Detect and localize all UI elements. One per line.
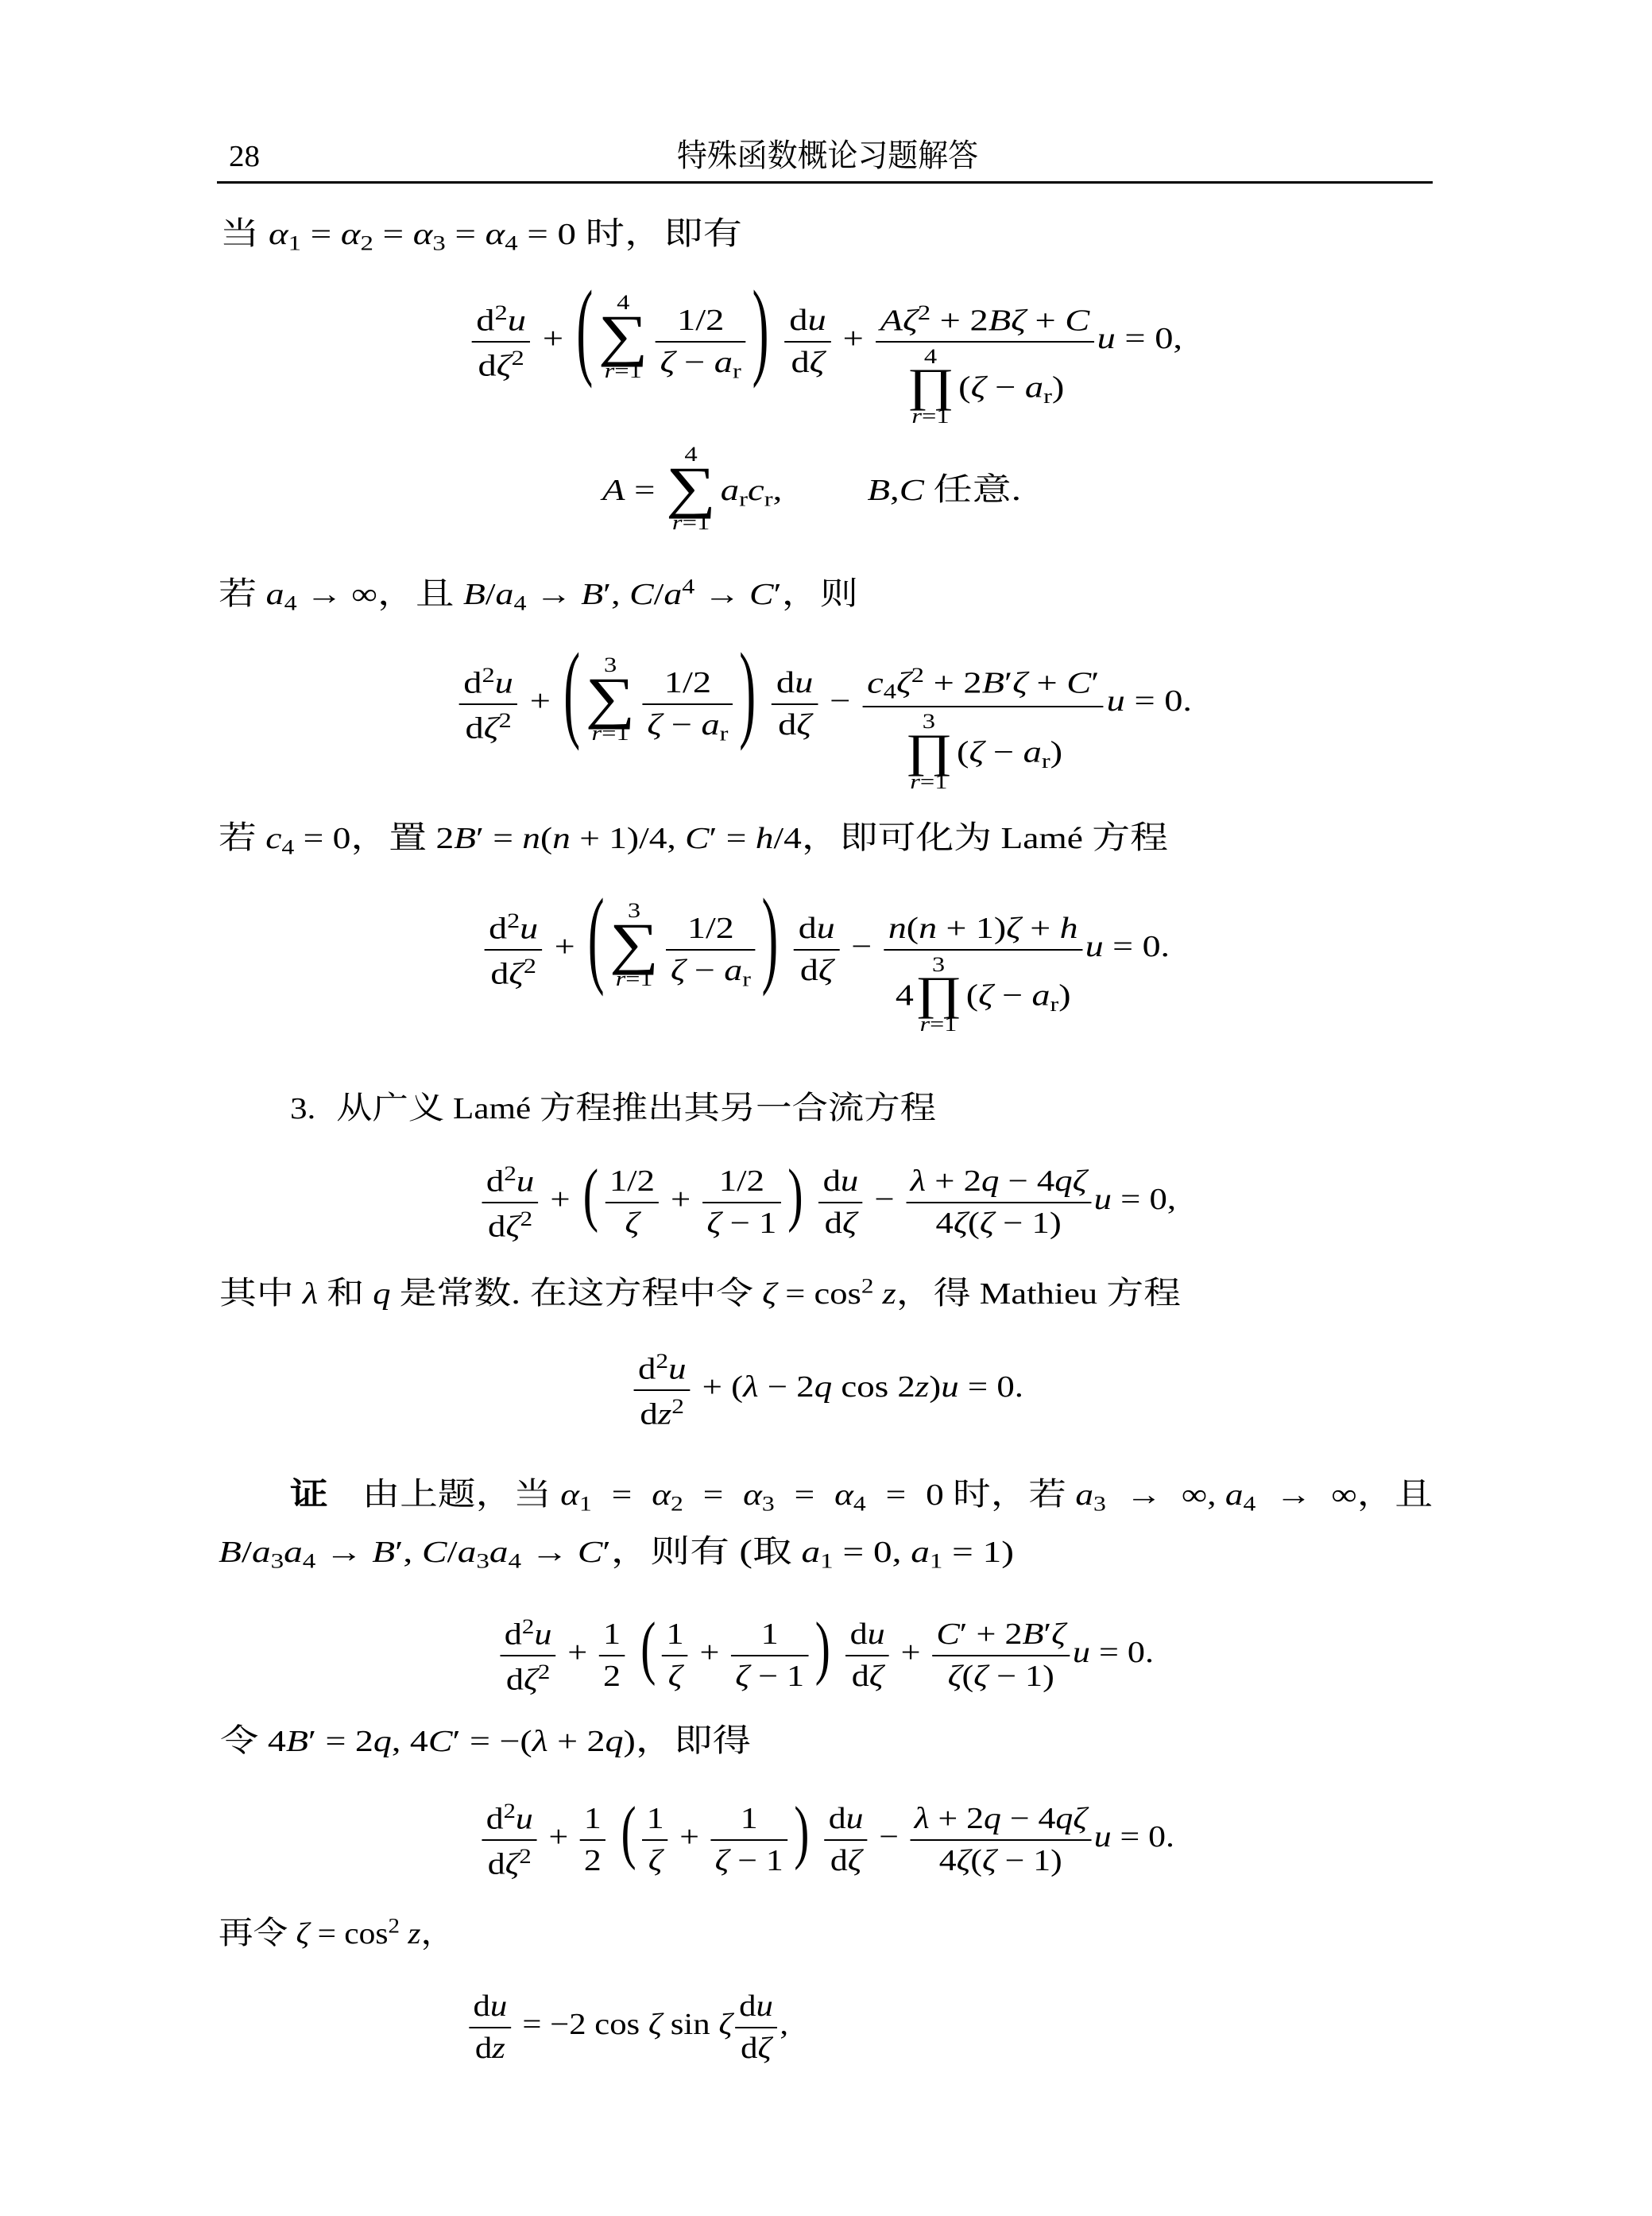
- math-text: −2: [550, 2008, 586, 2041]
- denominator: dζ2: [459, 705, 518, 746]
- denominator: dζ: [794, 951, 839, 988]
- math-text: /: [447, 1536, 458, 1569]
- math-variable: r: [616, 967, 626, 990]
- product-symbol: ∏: [915, 974, 962, 1012]
- numerator: C′ + 2B′ζ: [932, 1617, 1070, 1656]
- math-variable: α: [341, 218, 361, 251]
- math-variable: u: [817, 912, 835, 945]
- math-text: d: [825, 1207, 842, 1240]
- math-text: 2: [435, 822, 454, 855]
- relation-symbol: =: [318, 1917, 336, 1951]
- math-variable: ζ: [957, 1844, 971, 1877]
- math-text: d: [486, 1164, 504, 1198]
- fraction: 1ζ: [642, 1802, 667, 1878]
- subscript: 3: [271, 1548, 284, 1572]
- superscript: 2: [911, 663, 924, 687]
- text-line: 再令 ζ = cos2 z，: [219, 1894, 455, 1974]
- math-variable: z: [492, 2032, 505, 2065]
- numerator: n(n + 1)ζ + h: [884, 912, 1082, 951]
- math-function: cos: [594, 2008, 640, 2041]
- math-variable: a: [701, 708, 719, 742]
- math-variable: u: [756, 1989, 772, 2023]
- denominator: 43∏r=1(ζ − ar): [884, 951, 1082, 1036]
- math-text: d: [638, 1352, 656, 1385]
- math-variable: q: [814, 1370, 832, 1404]
- subscript: 4: [884, 680, 896, 703]
- fraction: dudζ: [735, 1989, 777, 2066]
- denominator: dζ2: [485, 951, 543, 992]
- math-variable: A: [602, 474, 625, 507]
- math-text: 1): [1032, 1207, 1062, 1240]
- denominator: ζ − ar: [643, 705, 733, 746]
- binary-operator: −: [1010, 1802, 1030, 1835]
- fraction: 1ζ − 1: [710, 1802, 787, 1878]
- binary-operator: +: [671, 1183, 691, 1216]
- numerator: 1: [642, 1802, 667, 1841]
- math-variable: a: [284, 1536, 303, 1569]
- math-text: d: [823, 1164, 841, 1198]
- math-variable: ζ: [973, 1660, 988, 1693]
- binary-operator: −: [768, 1370, 787, 1404]
- math-variable: r: [672, 510, 683, 534]
- denominator: dζ: [735, 2028, 777, 2066]
- sum-symbol: ∑: [666, 465, 716, 511]
- math-variable: α: [269, 218, 288, 251]
- superscript: 2: [504, 1799, 516, 1823]
- chinese-text: 和: [327, 1275, 364, 1311]
- chinese-text: 再令: [219, 1915, 288, 1951]
- math-variable: ζ: [1073, 1802, 1087, 1835]
- math-text: 0.: [1128, 1636, 1154, 1669]
- subscript: 4: [1244, 1491, 1256, 1515]
- math-variable: ζ: [1006, 912, 1021, 945]
- binary-operator: +: [550, 1183, 570, 1216]
- math-function: cos: [344, 1917, 388, 1951]
- math-text: 4: [939, 1844, 957, 1877]
- fraction: dudζ: [772, 666, 818, 742]
- denominator: ζ − 1: [731, 1656, 809, 1694]
- numerator: du: [785, 304, 831, 343]
- math-variable: q: [373, 1277, 390, 1311]
- superscript: 2: [494, 300, 507, 324]
- fraction: dudz: [469, 1989, 511, 2066]
- math-variable: ζ: [671, 954, 686, 987]
- math-text: =1: [625, 967, 652, 990]
- subscript: r: [720, 721, 729, 745]
- math-variable: C: [1065, 304, 1089, 337]
- superscript: 2: [522, 1614, 534, 1638]
- summation-operator: 3∑r=1: [586, 654, 636, 746]
- math-text: 1/2: [664, 666, 711, 699]
- chinese-text: 若: [219, 819, 257, 855]
- math-text: =1: [683, 510, 710, 534]
- denominator: dζ: [818, 1203, 862, 1241]
- running-title-text: 特殊函数概论习题解答: [677, 138, 978, 173]
- math-text: 1: [584, 1802, 602, 1835]
- superscript: 2: [671, 1394, 684, 1418]
- math-text: ′: [453, 1725, 461, 1758]
- math-variable: a: [458, 1536, 477, 1569]
- binary-operator: −: [694, 954, 715, 987]
- math-text: =1: [602, 721, 629, 745]
- math-text: ,: [403, 1536, 412, 1569]
- math-variable: ζ: [978, 978, 993, 1012]
- binary-operator: +: [530, 684, 551, 718]
- math-text: d: [800, 954, 818, 987]
- binary-operator: +: [1035, 304, 1056, 337]
- math-variable: ζ: [969, 736, 984, 769]
- math-variable: B: [454, 822, 476, 855]
- subscript: r: [742, 967, 751, 990]
- math-text: 2: [796, 1370, 814, 1404]
- binary-operator: +: [934, 666, 954, 699]
- math-variable: q: [981, 1164, 999, 1198]
- numerator: d2u: [634, 1349, 691, 1391]
- sum-symbol: ∑: [609, 921, 659, 967]
- math-text: 0: [926, 1478, 944, 1512]
- math-text: ,: [780, 2008, 788, 2041]
- subscript: 4: [281, 835, 294, 858]
- fraction: 1ζ − 1: [731, 1617, 809, 1694]
- subscript: r: [739, 486, 748, 510]
- binary-operator: +: [679, 1820, 699, 1854]
- math-variable: ζ: [869, 1660, 884, 1693]
- math-text: ′: [395, 1536, 403, 1569]
- left-paren: (: [583, 1160, 598, 1230]
- math-text: ∞: [351, 578, 377, 611]
- denominator: dζ2: [501, 1656, 556, 1698]
- fraction: d2udz2: [634, 1349, 691, 1432]
- binary-operator: +: [702, 1370, 722, 1404]
- binary-operator: −: [996, 1660, 1016, 1693]
- fraction: dudζ: [845, 1617, 889, 1694]
- relation-symbol: =: [1120, 1820, 1140, 1854]
- chinese-text: 令: [220, 1722, 258, 1758]
- binary-operator: −: [730, 1207, 750, 1240]
- fraction: 1/2ζ: [605, 1164, 659, 1241]
- relation-symbol: →: [1126, 1478, 1162, 1512]
- binary-operator: +: [555, 930, 575, 963]
- fraction: 1ζ: [662, 1617, 688, 1694]
- math-variable: B: [219, 1536, 242, 1569]
- math-text: d: [739, 1989, 756, 2023]
- binary-operator: +: [843, 322, 864, 355]
- math-text: d: [830, 1844, 848, 1877]
- math-variable: ζ: [1051, 1617, 1066, 1651]
- binary-operator: −: [879, 1820, 899, 1854]
- math-variable: λ: [743, 1370, 758, 1404]
- binary-operator: +: [699, 1636, 719, 1669]
- math-variable: ζ: [648, 2008, 662, 2041]
- superscript: 2: [538, 1660, 550, 1683]
- numerator: 1/2: [666, 912, 755, 951]
- binary-operator: +: [548, 1820, 568, 1854]
- math-text: 1): [976, 912, 1006, 945]
- subscript: 3: [432, 231, 445, 254]
- superscript: 2: [482, 663, 494, 687]
- math-function: cos: [841, 1370, 888, 1404]
- subscript: 1: [579, 1491, 592, 1515]
- binary-operator: +: [1037, 666, 1058, 699]
- binary-operator: +: [938, 1802, 958, 1835]
- relation-symbol: =: [1134, 684, 1155, 718]
- math-text: 1: [759, 1207, 776, 1240]
- chinese-text: 其中: [219, 1275, 294, 1311]
- superscript: 2: [511, 346, 524, 370]
- math-variable: ζ: [735, 1660, 749, 1693]
- math-variable: C: [900, 474, 924, 507]
- math-variable: ζ: [706, 1207, 721, 1240]
- denominator: ζ(ζ − 1): [932, 1656, 1070, 1694]
- math-text: ∞,: [1182, 1478, 1217, 1512]
- math-variable: ζ: [625, 1207, 639, 1240]
- math-variable: u: [1085, 930, 1104, 963]
- numerator: 1: [580, 1802, 605, 1841]
- right-paren: ): [752, 277, 769, 385]
- math-text: ): [1052, 370, 1064, 404]
- numerator: λ + 2q − 4qζ: [906, 1164, 1091, 1203]
- math-variable: z: [658, 1397, 671, 1431]
- chinese-text: ，置: [350, 819, 427, 855]
- relation-symbol: =: [795, 1478, 815, 1512]
- numerator: λ + 2q − 4qζ: [910, 1802, 1091, 1841]
- chinese-text: 从广义: [336, 1090, 444, 1125]
- denominator: dζ2: [482, 1841, 537, 1882]
- math-text: 0.: [1143, 930, 1170, 963]
- fraction: λ + 2q − 4qζ4ζ(ζ − 1): [910, 1802, 1091, 1878]
- math-variable: ζ: [509, 957, 524, 990]
- math-variable: ζ: [842, 1207, 857, 1240]
- math-variable: q: [1055, 1802, 1073, 1835]
- subscript: r: [764, 486, 773, 510]
- math-text: 0.: [1148, 1820, 1174, 1854]
- math-variable: ζ: [896, 666, 911, 699]
- binary-operator: −: [874, 1183, 894, 1216]
- numerator: d2u: [459, 663, 518, 705]
- math-text: ∞: [1331, 1478, 1356, 1512]
- math-variable: u: [490, 1989, 507, 2023]
- math-variable: ζ: [1073, 1164, 1087, 1198]
- math-variable: ζ: [524, 1663, 538, 1696]
- math-text: d: [475, 2032, 492, 2065]
- subscript: 4: [853, 1491, 866, 1515]
- numerator: 1: [662, 1617, 688, 1656]
- math-text: 1/2: [609, 1164, 655, 1198]
- proof-label: 证: [290, 1476, 328, 1512]
- numerator: 1/2: [702, 1164, 781, 1203]
- subscript: 3: [1093, 1491, 1106, 1515]
- math-text: d: [478, 349, 496, 382]
- binary-operator: +: [901, 1636, 921, 1669]
- sum-symbol: ∑: [598, 313, 648, 359]
- math-variable: h: [1060, 912, 1078, 945]
- math-variable: a: [266, 578, 284, 611]
- relation-symbol: =: [1124, 322, 1145, 355]
- math-variable: B: [988, 304, 1011, 337]
- math-variable: ζ: [848, 1844, 862, 1877]
- math-variable: c: [748, 474, 764, 507]
- math-text: 1: [741, 1802, 758, 1835]
- subscript: 2: [361, 231, 373, 254]
- superscript: 2: [524, 954, 536, 978]
- math-text: d: [474, 1989, 490, 2023]
- left-paren: (: [588, 885, 605, 994]
- math-text: 0.: [996, 1370, 1023, 1404]
- chinese-text: 任意.: [933, 471, 1020, 507]
- math-text: 2: [963, 666, 981, 699]
- math-variable: u: [516, 1802, 533, 1835]
- binary-operator: −: [830, 684, 850, 718]
- math-variable: ζ: [715, 1844, 729, 1877]
- denominator: 4ζ(ζ − 1): [910, 1841, 1091, 1878]
- relation-symbol: =: [634, 474, 655, 507]
- math-variable: u: [1094, 1183, 1112, 1216]
- fraction: d2udζ2: [459, 663, 518, 746]
- denominator: ζ: [642, 1841, 667, 1878]
- denominator: dz2: [634, 1391, 691, 1432]
- math-text: 0,: [1155, 322, 1182, 355]
- denominator: ζ − 1: [710, 1841, 787, 1878]
- relation-symbol: =: [325, 1725, 346, 1758]
- chinese-text: 若: [219, 575, 257, 611]
- numerator: du: [818, 1164, 862, 1203]
- math-text: 1): [1033, 1844, 1062, 1877]
- left-paren: (: [621, 1797, 636, 1868]
- chinese-text: ，: [420, 1915, 455, 1951]
- sum-symbol: ∑: [586, 676, 636, 722]
- subscript: 4: [284, 591, 297, 614]
- denominator: dζ: [772, 705, 818, 742]
- math-text: ′: [1091, 666, 1099, 699]
- math-variable: u: [868, 1617, 885, 1651]
- math-variable: ζ: [668, 1660, 683, 1693]
- lower-limit: r=1: [910, 769, 947, 794]
- fraction: d2udζ2: [485, 908, 543, 992]
- math-variable: u: [668, 1352, 686, 1385]
- math-text: 4: [936, 1207, 954, 1240]
- math-variable: α: [652, 1478, 671, 1512]
- math-text: 2: [966, 1802, 984, 1835]
- product-operator: 3∏r=1: [915, 954, 962, 1036]
- math-variable: ζ: [980, 1207, 994, 1240]
- lower-limit: r=1: [591, 721, 629, 746]
- math-text: d: [488, 1847, 505, 1881]
- math-text: d: [850, 1617, 868, 1651]
- relation-symbol: =: [311, 218, 331, 251]
- math-text: 1/2: [687, 912, 734, 945]
- math-variable: C: [428, 1725, 453, 1758]
- math-variable: ζ: [954, 1207, 968, 1240]
- math-variable: u: [795, 666, 813, 699]
- math-variable: B: [982, 666, 1004, 699]
- running-title: 特殊函数概论习题解答: [677, 117, 978, 196]
- math-text: =1: [930, 1012, 957, 1036]
- binary-operator: −: [1008, 1164, 1027, 1198]
- math-variable: B: [1023, 1617, 1044, 1651]
- superscript: 2: [498, 708, 511, 732]
- math-text: 2: [897, 1370, 915, 1404]
- math-variable: u: [841, 1164, 858, 1198]
- math-text: 0: [333, 822, 351, 855]
- left-paren: (: [576, 277, 593, 385]
- math-text: /: [242, 1536, 252, 1569]
- superscript: 2: [388, 1914, 399, 1938]
- math-variable: ζ: [1011, 304, 1026, 337]
- math-text: 4: [896, 978, 914, 1012]
- right-paren: ): [787, 1160, 803, 1230]
- math-variable: q: [984, 1802, 1001, 1835]
- numerator: Aζ2 + 2Bζ + C: [876, 300, 1094, 343]
- fraction: C′ + 2B′ζζ(ζ − 1): [932, 1617, 1070, 1694]
- binary-operator: −: [671, 708, 692, 742]
- fraction: λ + 2q − 4qζ4ζ(ζ − 1): [906, 1164, 1091, 1241]
- math-text: d: [829, 1802, 846, 1835]
- fraction: 12: [599, 1617, 625, 1694]
- binary-operator: −: [1002, 978, 1023, 1012]
- math-text: 2: [355, 1725, 373, 1758]
- problem-number: 3.: [290, 1092, 315, 1125]
- math-function: sin: [671, 2008, 710, 2041]
- math-variable: u: [516, 1164, 534, 1198]
- math-variable: u: [1073, 1636, 1090, 1669]
- math-text: ′: [1043, 1617, 1051, 1651]
- math-text: d: [799, 912, 817, 945]
- chinese-text: ，且: [1357, 1476, 1433, 1512]
- math-text: 2: [603, 1660, 621, 1693]
- math-variable: u: [1094, 1820, 1112, 1854]
- numerator: d2u: [501, 1614, 556, 1656]
- fraction: 1/2ζ − ar: [666, 912, 755, 991]
- math-variable: ζ: [982, 1844, 996, 1877]
- subscript: 3: [762, 1491, 775, 1515]
- relation-symbol: =: [1120, 1183, 1140, 1216]
- math-text: d: [776, 666, 795, 699]
- math-text: 1: [667, 1617, 684, 1651]
- math-variable: a: [724, 954, 742, 987]
- math-text: d: [486, 1802, 504, 1835]
- summation-operator: 4∑r=1: [598, 292, 648, 383]
- fraction: 1/2ζ − 1: [702, 1164, 781, 1241]
- math-text: 2: [584, 1844, 602, 1877]
- left-paren: (: [563, 639, 580, 748]
- subscript: 1: [288, 231, 301, 254]
- math-text: 4: [1037, 1164, 1054, 1198]
- numerator: 1/2: [656, 304, 745, 343]
- math-text: 1/2: [677, 304, 724, 337]
- numerator: d2u: [485, 908, 543, 951]
- math-text: 0,: [1149, 1183, 1176, 1216]
- binary-operator: −: [993, 736, 1014, 769]
- math-variable: α: [413, 218, 433, 251]
- math-text: ): [1058, 978, 1070, 1012]
- math-variable: a: [1025, 370, 1043, 404]
- math-text: d: [852, 1660, 869, 1693]
- math-text: 4: [1038, 1802, 1055, 1835]
- math-text: 2: [964, 1164, 981, 1198]
- relation-symbol: =: [383, 218, 404, 251]
- superscript: 2: [918, 300, 930, 324]
- right-paren: ): [739, 639, 756, 748]
- book-page: 28 特殊函数概论习题解答 当 α1 = α2 = α3 = α4 = 0 时，…: [0, 0, 1652, 2216]
- relation-symbol: →: [325, 1536, 362, 1569]
- math-text: d: [506, 1663, 524, 1696]
- left-paren: (: [640, 1613, 656, 1683]
- numerator: du: [794, 912, 839, 951]
- fraction: n(n + 1)ζ + h43∏r=1(ζ − ar): [884, 912, 1082, 1036]
- math-text: (: [966, 978, 978, 1012]
- math-variable: B: [286, 1725, 308, 1758]
- math-variable: ζ: [718, 2008, 732, 2041]
